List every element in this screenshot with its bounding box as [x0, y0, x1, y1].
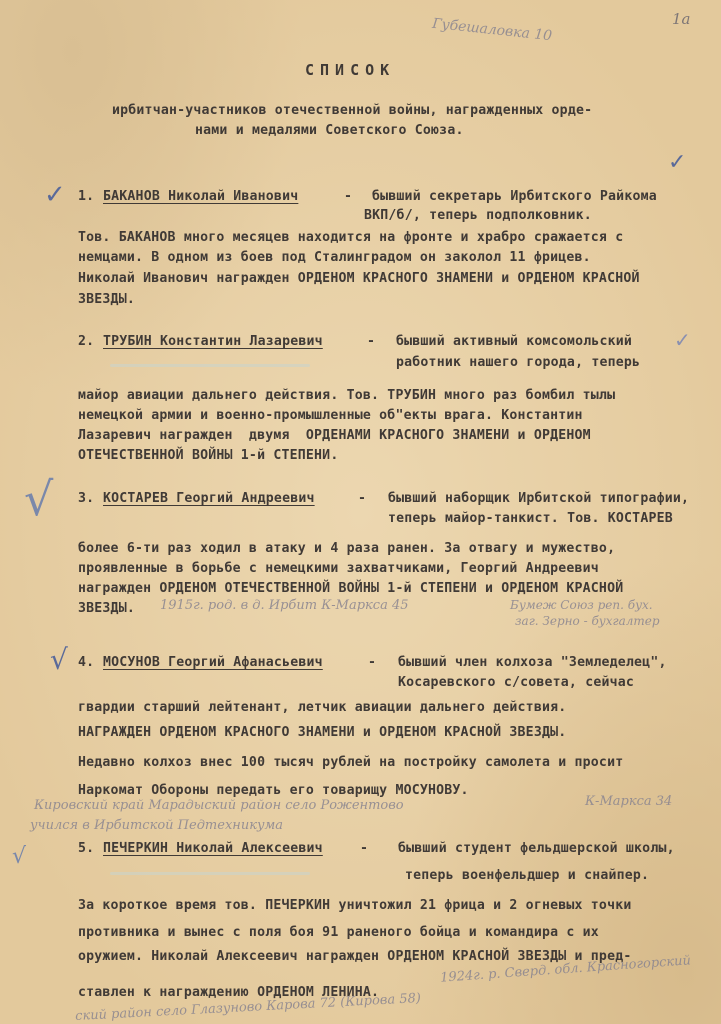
- entry-name: БАКАНОВ Николай Иванович: [103, 190, 298, 203]
- entry-body-line: награжден ОРДЕНОМ ОТЕЧЕСТВЕННОЙ ВОЙНЫ 1-…: [78, 582, 623, 595]
- entry-name: КОСТАРЕВ Георгий Андреевич: [103, 492, 315, 505]
- entry-body-line: немецкой армии и военно-промышленные об"…: [78, 409, 583, 422]
- entry-name: ПЕЧЕРКИН Николай Алексеевич: [103, 842, 323, 855]
- entry-body-line: более 6-ти раз ходил в атаку и 4 раза ра…: [78, 542, 615, 555]
- entry-dash: -: [358, 492, 366, 505]
- entry-number: 1.: [78, 190, 94, 203]
- entry-body-line: За короткое время тов. ПЕЧЕРКИН уничтожи…: [78, 899, 632, 912]
- entry-role-line-1: бывший активный комсомольский: [396, 335, 632, 348]
- entry-body-line: НАГРАЖДЕН ОРДЕНОМ КРАСНОГО ЗНАМЕНИ и ОРД…: [78, 726, 566, 739]
- handwritten-note: учился в Ирбитской Педтехникума: [30, 818, 283, 833]
- entry-role-line-2: ВКП/б/, теперь подполковник.: [364, 209, 592, 222]
- entry-number: 2.: [78, 335, 94, 348]
- subtitle-line-1: ирбитчан-участников отечественной войны,…: [112, 104, 592, 117]
- entry-body-line: гвардии старший лейтенант, летчик авиаци…: [78, 701, 566, 714]
- entry-number: 3.: [78, 492, 94, 505]
- top-handwritten-note: Губешаловка 10: [431, 16, 552, 44]
- entry-body-line: ЗВЕЗДЫ.: [78, 293, 135, 306]
- check-mark-icon: ✓: [668, 152, 686, 174]
- handwritten-note: Бумеж Союз реп. бух.: [510, 598, 653, 612]
- entry-body-line: ЗВЕЗДЫ.: [78, 602, 135, 615]
- entry-name: МОСУНОВ Георгий Афанасьевич: [103, 656, 323, 669]
- entry-role-line-1: бывший наборщик Ирбитской типографии,: [388, 492, 689, 505]
- entry-body-line: майор авиации дальнего действия. Тов. ТР…: [78, 389, 615, 402]
- entry-body-line: Лазаревич награжден двумя ОРДЕНАМИ КРАСН…: [78, 429, 591, 442]
- entry-role-line-1: бывший член колхоза "Земледелец",: [398, 656, 667, 669]
- check-mark-icon: √: [50, 646, 68, 674]
- handwritten-note: заг. Зерно - бухгалтер: [515, 614, 660, 628]
- entry-role-line-1: бывший студент фельдшерской школы,: [398, 842, 675, 855]
- check-mark-icon: ✓: [44, 182, 66, 208]
- page-marker: 1а: [672, 10, 691, 28]
- entry-dash: -: [368, 656, 376, 669]
- entry-dash: -: [360, 842, 368, 855]
- check-mark-icon: √: [24, 476, 53, 522]
- check-mark-icon: ✓: [674, 330, 691, 350]
- check-mark-icon: √: [12, 846, 26, 868]
- entry-dash: -: [344, 190, 352, 203]
- handwritten-note: 1915г. род. в д. Ирбит К-Маркса 45: [160, 598, 409, 613]
- entry-number: 5.: [78, 842, 94, 855]
- entry-name: ТРУБИН Константин Лазаревич: [103, 335, 323, 348]
- subtitle-line-2: нами и медалями Советского Союза.: [195, 124, 464, 137]
- entry-body-line: противника и вынес с поля боя 91 раненог…: [78, 926, 599, 939]
- page-title: СПИСОК: [305, 63, 395, 78]
- handwritten-note: К-Маркса 34: [585, 794, 672, 809]
- entry-body-line: проявленные в борьбе с немецкими захватч…: [78, 562, 599, 575]
- entry-number: 4.: [78, 656, 94, 669]
- entry-role-line-2: теперь военфельдшер и снайпер.: [405, 869, 649, 882]
- entry-body-line: Николай Иванович награжден ОРДЕНОМ КРАСН…: [78, 272, 640, 285]
- smudge-mark: [110, 872, 310, 875]
- entry-body-line: Наркомат Обороны передать его товарищу М…: [78, 784, 469, 797]
- handwritten-note: Кировский край Марадыский район село Рож…: [34, 798, 404, 813]
- entry-role-line-1: бывший секретарь Ирбитского Райкома: [372, 190, 657, 203]
- entry-dash: -: [367, 335, 375, 348]
- entry-body-line: ОТЕЧЕСТВЕННОЙ ВОЙНЫ 1-й СТЕПЕНИ.: [78, 449, 338, 462]
- entry-role-line-2: Косаревского с/совета, сейчас: [398, 676, 634, 689]
- entry-body-line: оружием. Николай Алексеевич награжден ОР…: [78, 950, 632, 963]
- smudge-mark: [110, 364, 310, 367]
- entry-body-line: Тов. БАКАНОВ много месяцев находится на …: [78, 231, 623, 244]
- entry-role-line-2: работник нашего города, теперь: [396, 356, 640, 369]
- entry-body-line: Недавно колхоз внес 100 тысяч рублей на …: [78, 756, 623, 769]
- document-page: Губешаловка 10 1а СПИСОК ирбитчан-участн…: [0, 0, 721, 1024]
- entry-body-line: немцами. В одном из боев под Сталинградо…: [78, 251, 591, 264]
- entry-role-line-2: теперь майор-танкист. Тов. КОСТАРЕВ: [388, 512, 673, 525]
